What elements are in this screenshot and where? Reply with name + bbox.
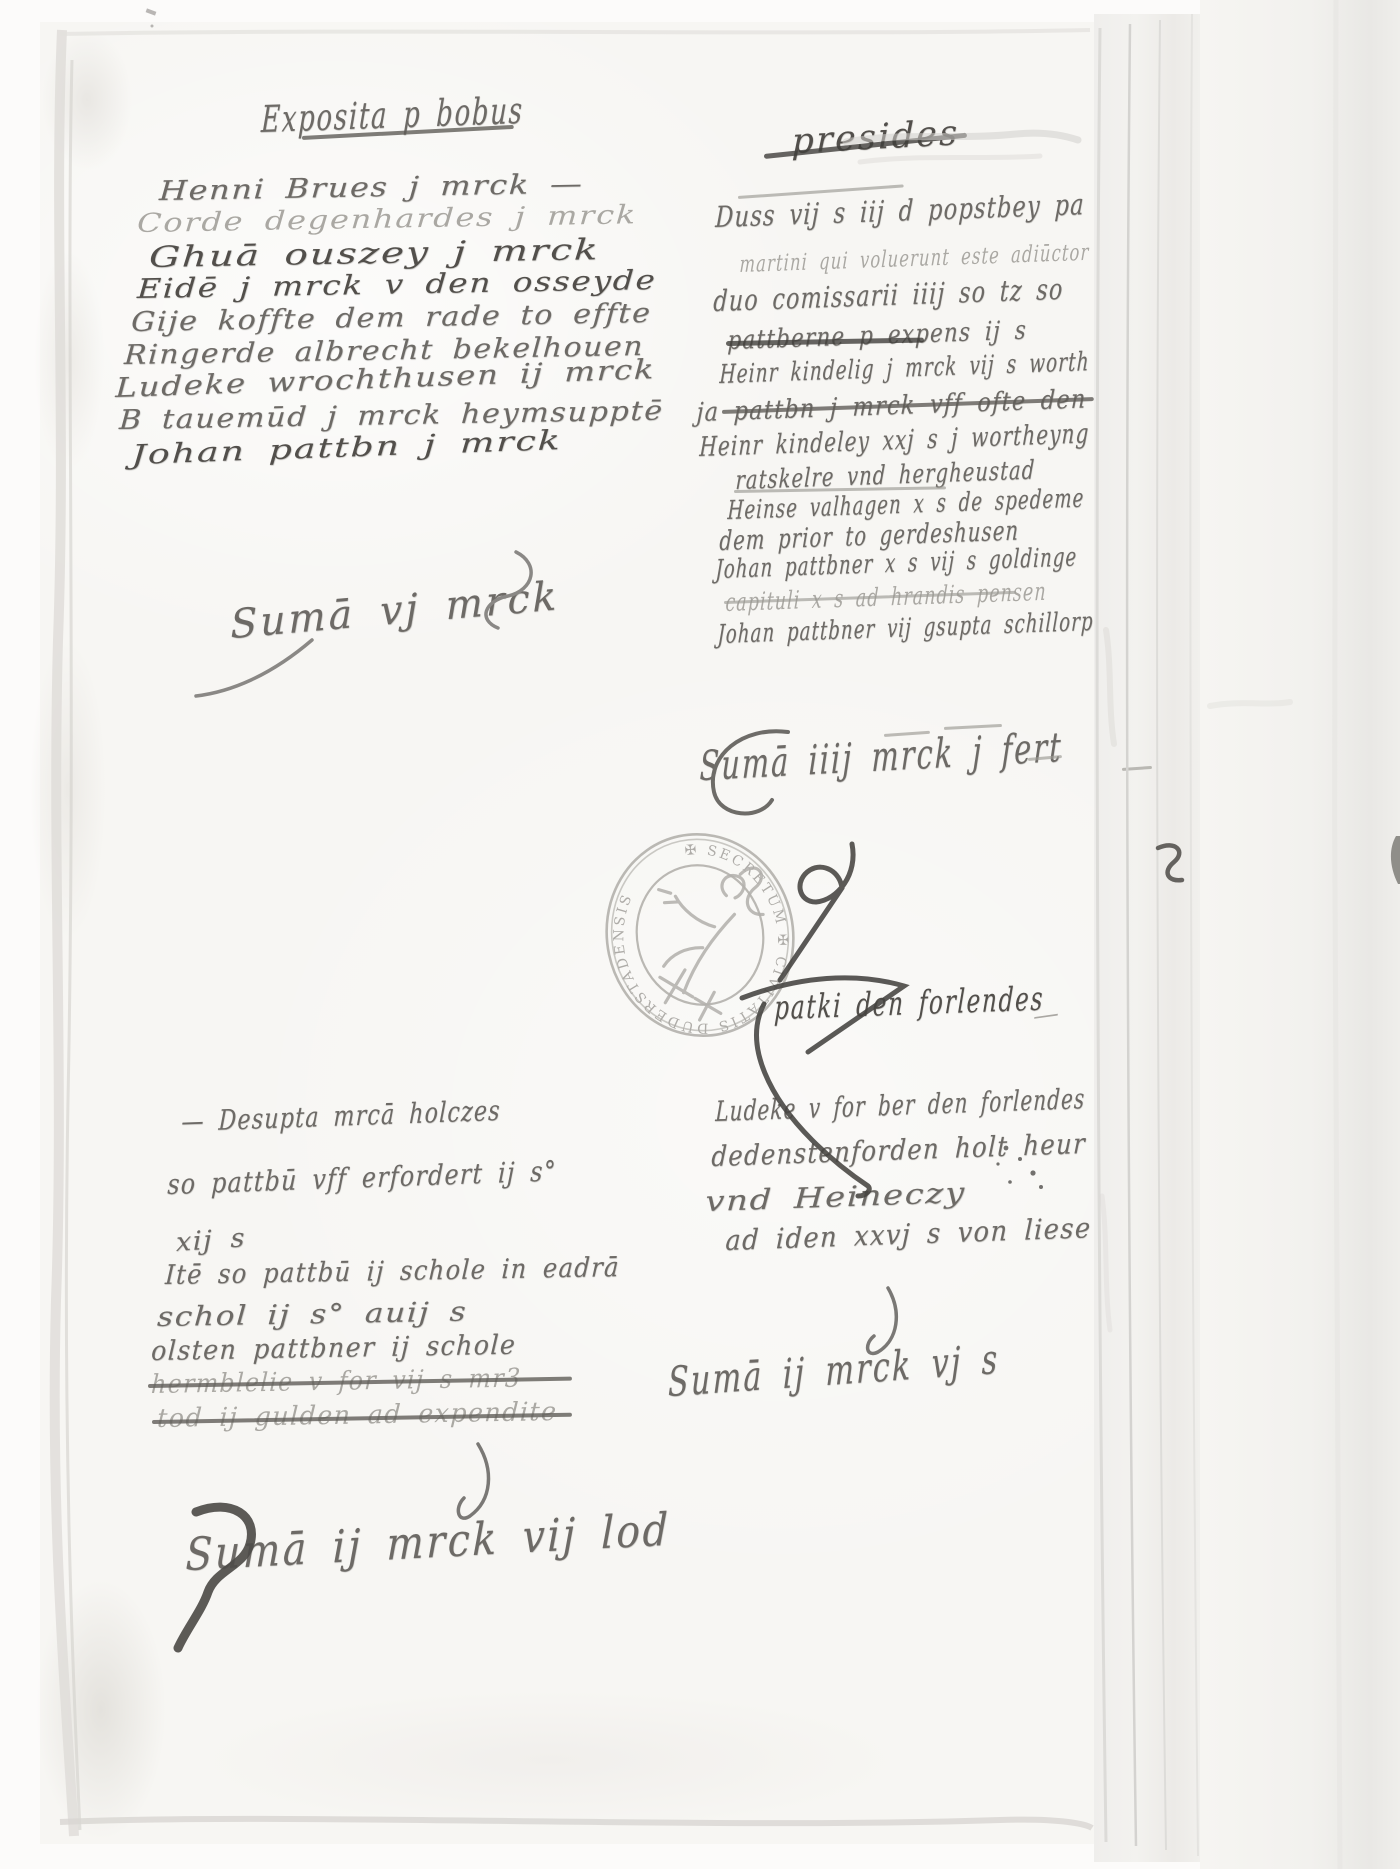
manuscript-line: so pattbū vff erfordert ij s° [167, 1154, 558, 1201]
manuscript-line: olsten pattbner ij schole [150, 1330, 517, 1367]
sum-line: Sumā ij mrck vij lod [185, 1503, 671, 1582]
section-heading: patki den forlendes [774, 979, 1045, 1027]
manuscript-line: — [1032, 998, 1061, 1032]
sum-line: Sumā ij mrck vj s [668, 1335, 999, 1406]
strikethrough-stroke [1122, 766, 1152, 771]
scanned-page: Exposita p bobusHenni Brues j mrck —Cord… [0, 0, 1400, 1869]
manuscript-line: Itē so pattbū ij schole in eadrā [164, 1252, 620, 1291]
manuscript-line: dedenstenforden holt heur [711, 1127, 1087, 1173]
manuscript-line: — Desupta mrcā holczes [181, 1094, 502, 1138]
manuscript-line: vnd Heineczy [705, 1176, 967, 1218]
manuscript-line: xij s [176, 1223, 246, 1258]
manuscript-line: Ludeke v for ber den forlendes [715, 1082, 1086, 1128]
manuscript-line: duo comissarii iiij so tz so [713, 272, 1064, 318]
text-layer: Exposita p bobusHenni Brues j mrck —Cord… [0, 0, 1400, 1869]
manuscript-line: schol ij s° auij s [156, 1297, 468, 1333]
sum-line: Sumā vj mrck [230, 573, 560, 648]
manuscript-line: ad iden xxvj s von liese [725, 1211, 1092, 1257]
manuscript-line: Henni Brues j mrck — [158, 169, 584, 207]
sum-line: Sumā iiij mrck j fert [699, 723, 1063, 790]
